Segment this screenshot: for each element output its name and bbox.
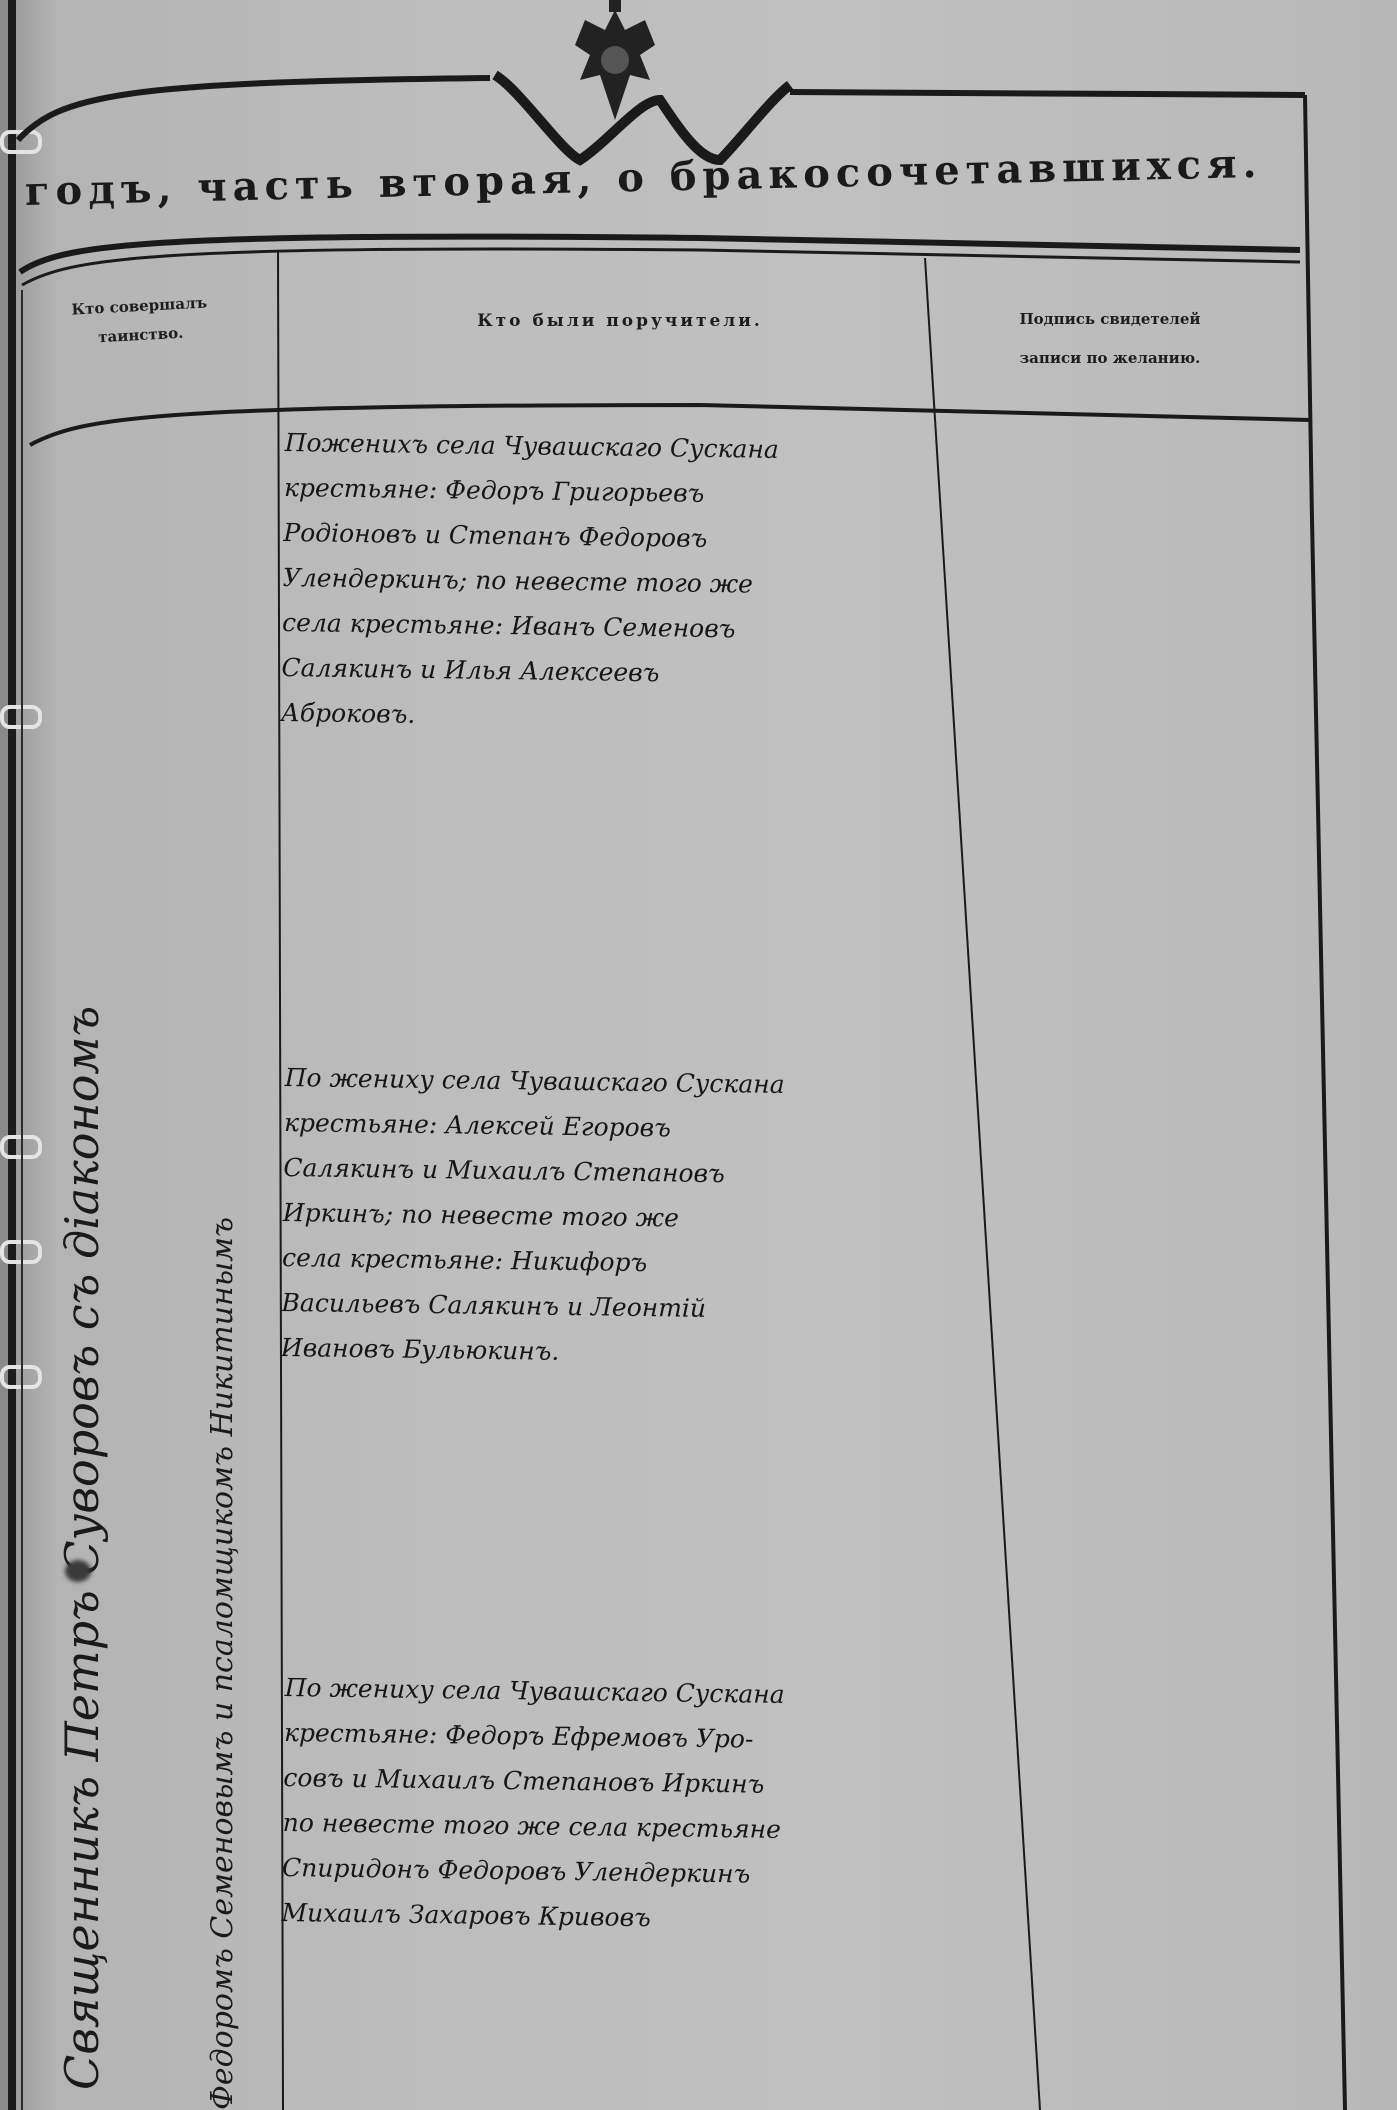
header-text: Подпись свидетелей (960, 300, 1260, 339)
guarantors-entry-1: Поженихъ села Чувашскаго Сускана крестья… (281, 420, 965, 744)
officiant-entry-line1: Священникъ Петръ Суворовъ съ дiакономъ (55, 1006, 109, 2090)
double-headed-eagle-icon (545, 0, 685, 150)
column-header-witness-signatures: Подпись свидетелей записи по желанию. (960, 300, 1260, 378)
column-header-guarantors: Кто были поручители. (410, 305, 830, 337)
entry-line: Ивановъ Бульюкинъ. (281, 1325, 962, 1379)
ink-stain (65, 1560, 91, 1582)
entry-line: Михаилъ Захаровъ Кривовъ (281, 1890, 962, 1944)
officiant-entry-line2: Федоромъ Семеновымъ и псаломщикомъ Никит… (205, 1217, 240, 2110)
guarantors-entry-3: По жениху села Чувашскаго Сускана кресть… (281, 1665, 965, 1944)
header-text: записи по желанию. (960, 339, 1260, 378)
entry-line: Аброковъ. (281, 690, 962, 744)
column-header-officiant: Кто совершалъ таинство. (39, 287, 242, 354)
header-text: Кто были поручители. (410, 305, 830, 337)
guarantors-entry-2: По жениху села Чувашскаго Сускана кресть… (281, 1055, 965, 1379)
